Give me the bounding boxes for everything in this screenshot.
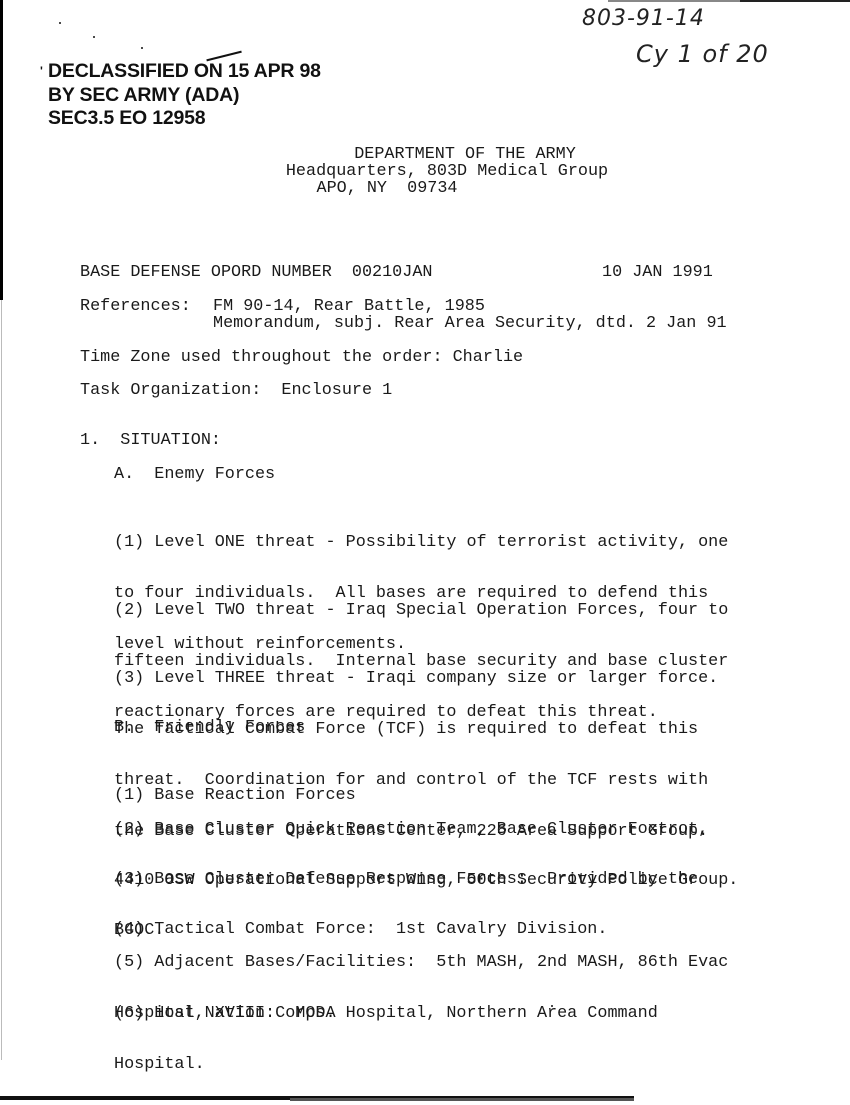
scan-speck xyxy=(59,22,61,24)
handwritten-doc-number: 803-91-14 xyxy=(582,6,705,31)
scan-edge-top-dark xyxy=(740,0,850,2)
friendly-forces-heading: B. Friendly Forces xyxy=(114,719,305,736)
text-line: (3) Level THREE threat - Iraqi company s… xyxy=(114,670,718,687)
declass-line-1: DECLASSIFIED ON 15 APR 98 xyxy=(48,60,321,84)
text-line: (5) Adjacent Bases/Facilities: 5th MASH,… xyxy=(114,954,728,971)
scan-speck xyxy=(141,47,143,49)
text-line: (3) Base Cluster Defense Response Forces… xyxy=(114,871,698,888)
text-line: (1) Level ONE threat - Possibility of te… xyxy=(114,534,728,551)
scan-edge-left xyxy=(0,0,3,300)
section-situation-heading: 1. SITUATION: xyxy=(80,432,221,449)
letterhead-address: APO, NY 09734 xyxy=(0,180,812,197)
reference-2: Memorandum, subj. Rear Area Security, dt… xyxy=(213,315,727,332)
declass-line-2: BY SEC ARMY (ADA) xyxy=(48,84,321,108)
references-label: References: xyxy=(80,298,191,315)
handwritten-copy-number: Cy 1 of 20 xyxy=(636,40,769,68)
order-date: 10 JAN 1991 xyxy=(602,264,713,281)
scan-edge-left-faint xyxy=(1,300,2,1060)
task-organization: Task Organization: Enclosure 1 xyxy=(80,382,392,399)
friendly-item-6: (6) Host Nation: MODA Hospital, Northern… xyxy=(114,971,658,1090)
declassification-stamp: ' DECLASSIFIED ON 15 APR 98 BY SEC ARMY … xyxy=(48,60,321,131)
enemy-forces-heading: A. Enemy Forces xyxy=(114,466,275,483)
text-line: (2) Level TWO threat - Iraq Special Oper… xyxy=(114,602,728,619)
order-title: BASE DEFENSE OPORD NUMBER 00210JAN xyxy=(80,264,432,281)
text-line: (6) Host Nation: MODA Hospital, Northern… xyxy=(114,1005,658,1022)
time-zone: Time Zone used throughout the order: Cha… xyxy=(80,349,523,366)
letterhead-org: DEPARTMENT OF THE ARMY xyxy=(40,146,850,163)
scan-edge-bottom-2 xyxy=(290,1098,634,1101)
text-line: Hospital. xyxy=(114,1056,658,1073)
stamp-tick-mark: ' xyxy=(40,60,43,84)
reference-1: FM 90-14, Rear Battle, 1985 xyxy=(213,298,485,315)
scan-speck xyxy=(93,36,95,38)
letterhead-unit: Headquarters, 803D Medical Group xyxy=(22,163,850,180)
text-line: (2) Base Cluster Quick Reaction Team, Ba… xyxy=(114,821,738,838)
declass-line-3: SEC3.5 EO 12958 xyxy=(48,107,321,131)
